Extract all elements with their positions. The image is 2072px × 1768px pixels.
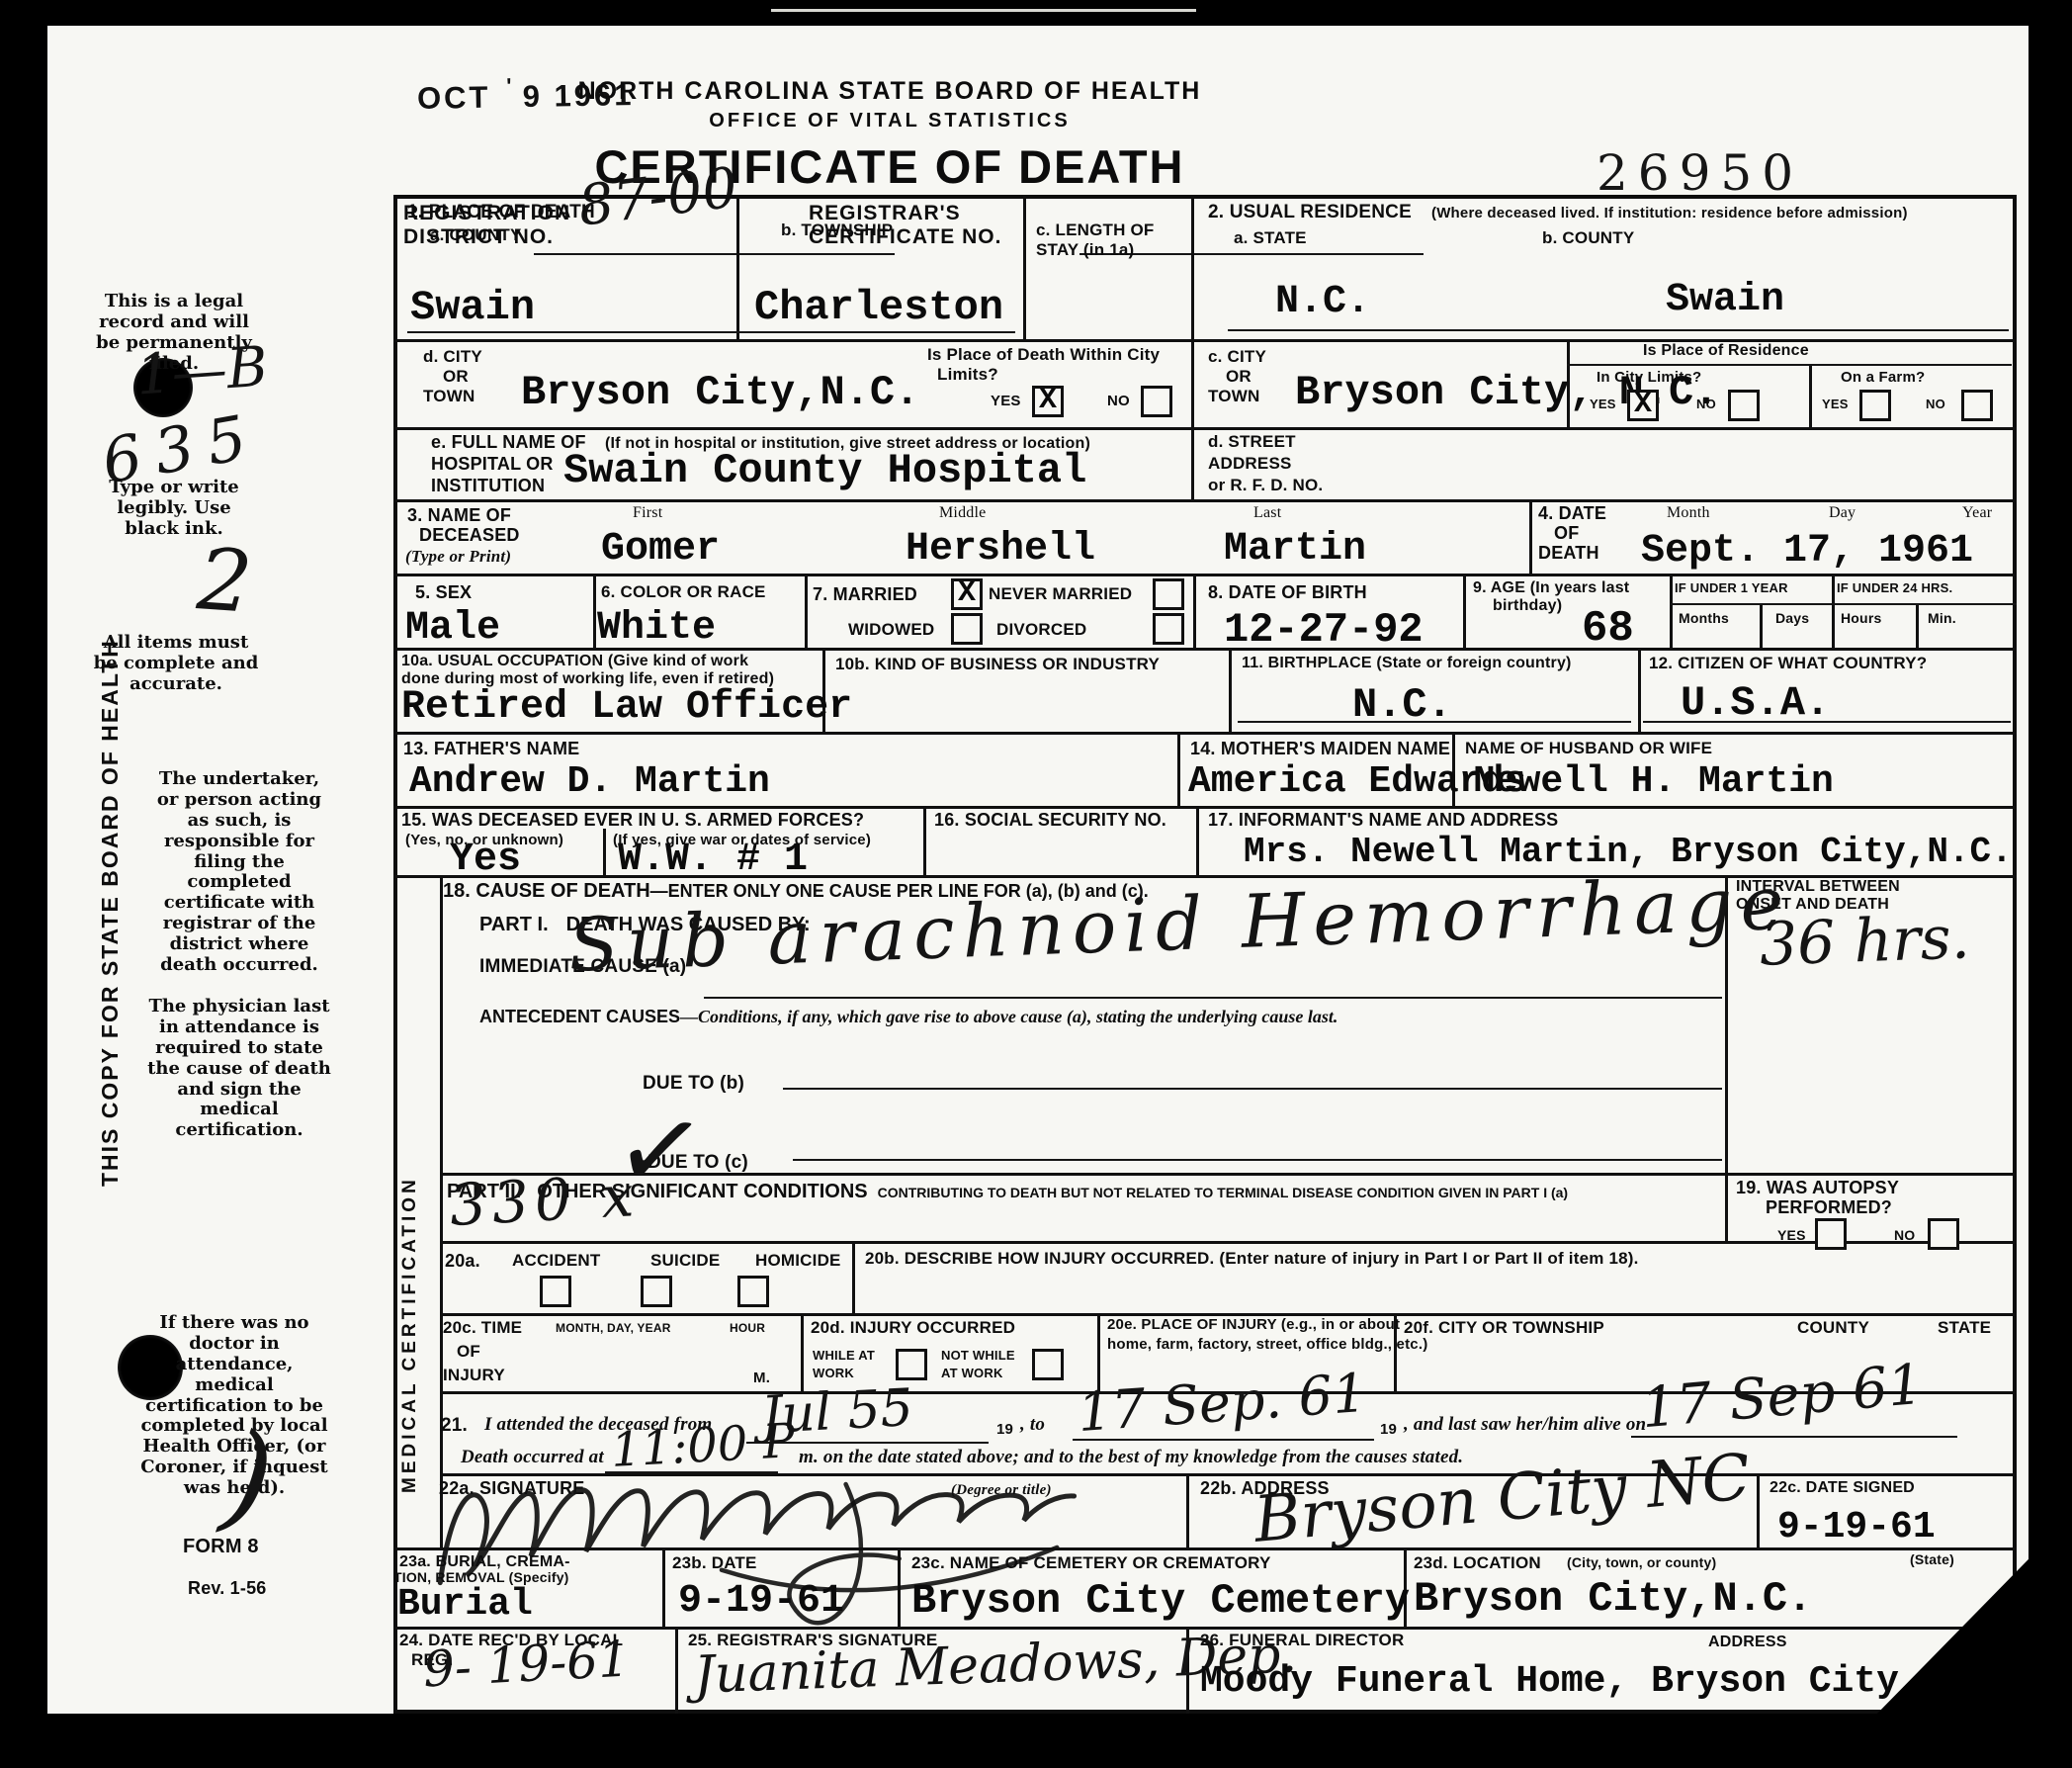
field-19-label: 19. WAS AUTOPSY — [1736, 1179, 1899, 1198]
line — [1191, 195, 1194, 499]
middle-name-header: Middle — [939, 504, 986, 522]
field-1c-label: c. LENGTH OF — [1036, 221, 1155, 240]
field-18-title-main: 18. CAUSE OF DEATH — [443, 880, 650, 902]
field-1-title: 1. PLACE OF DEATH — [407, 203, 595, 223]
spouse-label: NAME OF HUSBAND OR WIFE — [1465, 740, 1712, 758]
date-received-value: 9- 19-61 — [422, 1635, 631, 1695]
farm-question: On a Farm? — [1841, 370, 1925, 387]
death-limits-no-checkbox — [1141, 386, 1172, 417]
field-22c-label: 22c. DATE SIGNED — [1770, 1479, 1915, 1497]
field-1e-value: Swain County Hospital — [563, 450, 1086, 491]
field-20b-label: 20b. DESCRIBE HOW INJURY OCCURRED. (Ente… — [865, 1250, 1639, 1269]
field-20a-label: 20a. — [445, 1252, 480, 1272]
checkbox-x-mark: X — [958, 576, 976, 610]
field-20c-mdy: MONTH, DAY, YEAR — [556, 1322, 671, 1335]
field-1b-label: b. TOWNSHIP — [781, 221, 893, 240]
field-26-label: 26. FUNERAL DIRECTOR — [1200, 1632, 1404, 1650]
medical-certification-vertical-label: MEDICAL CERTIFICATION — [399, 939, 421, 1493]
residence-limits-no-checkbox — [1728, 390, 1760, 421]
field-26-address-label: ADDRESS — [1708, 1634, 1787, 1651]
line — [793, 1159, 1722, 1161]
days-header: Days — [1775, 611, 1809, 626]
not-while-label: NOT WHILE — [941, 1349, 1015, 1363]
field-2-paren: (Where deceased lived. If institution: r… — [1431, 206, 1908, 222]
sex-value: Male — [405, 609, 500, 649]
scanned-death-certificate: { "stamp": {"l1": "OCT", "tick": "'", "l… — [0, 0, 2072, 1768]
line — [407, 331, 1015, 333]
field-7-married-label: 7. MARRIED — [813, 585, 917, 605]
field-9-label2: birthday) — [1493, 597, 1562, 615]
hours-header: Hours — [1841, 611, 1881, 626]
field-23a-label: 23a. BURIAL, CREMA- — [399, 1553, 570, 1571]
not-while-label2: AT WORK — [941, 1367, 1003, 1380]
line — [1670, 603, 2017, 605]
line — [1832, 574, 1835, 648]
cemetery-location-value: Bryson City,N.C. — [1414, 1578, 1812, 1620]
scan-border-top — [0, 0, 2072, 26]
line — [593, 574, 596, 648]
date-signed-value: 9-19-61 — [1777, 1509, 1936, 1547]
line — [805, 574, 808, 648]
father-name-value: Andrew D. Martin — [409, 763, 770, 801]
checkbox-x-mark: X — [1039, 384, 1057, 417]
under-1-year-header: IF UNDER 1 YEAR — [1675, 581, 1788, 595]
residence-limits-no-label: NO — [1696, 398, 1716, 411]
field-2d-label: d. STREET — [1208, 433, 1296, 452]
field-16-label: 16. SOCIAL SECURITY NO. — [934, 811, 1166, 831]
scan-border-left — [0, 0, 47, 1768]
never-married-checkbox — [1153, 578, 1184, 610]
married-checkbox: X — [951, 578, 983, 610]
year-header: Year — [1962, 504, 1992, 522]
line — [736, 195, 739, 339]
field-23d-paren: (City, town, or county) — [1567, 1555, 1716, 1570]
line — [1567, 364, 2012, 366]
middle-name-value: Hershell — [906, 530, 1095, 570]
field-8-label: 8. DATE OF BIRTH — [1208, 583, 1367, 603]
field-1d-label2: OR — [443, 368, 469, 387]
certificate-number: 26950 — [1597, 144, 1803, 202]
field-1c-label2: STAY (in 1a) — [1036, 241, 1134, 260]
day-header: Day — [1829, 504, 1856, 522]
accident-label: ACCIDENT — [512, 1252, 600, 1271]
line — [393, 427, 2017, 430]
field-1e-label2: HOSPITAL OR — [431, 455, 554, 475]
divorced-checkbox — [1153, 613, 1184, 645]
never-married-label: NEVER MARRIED — [989, 585, 1132, 604]
field-6-label: 6. COLOR OR RACE — [601, 583, 766, 602]
line — [393, 574, 2017, 576]
field-5-label: 5. SEX — [415, 583, 472, 603]
field-17-label: 17. INFORMANT'S NAME AND ADDRESS — [1208, 811, 1558, 831]
line — [1638, 648, 1641, 732]
board-title: NORTH CAROLINA STATE BOARD OF HEALTH — [455, 77, 1325, 106]
margin-handwriting-1b: 1—B — [134, 339, 269, 403]
margin-note-type: Type or write legibly. Use black ink. — [94, 478, 254, 540]
field-2b-value: Swain — [1666, 281, 1784, 320]
field-3-label3: (Type or Print) — [405, 548, 511, 567]
autopsy-no-checkbox — [1928, 1218, 1959, 1250]
form-revision: Rev. 1-56 — [188, 1579, 267, 1599]
while-at-work-label2: WORK — [813, 1367, 854, 1380]
line — [1463, 574, 1466, 648]
while-at-work-label: WHILE AT — [813, 1349, 875, 1363]
margin-note-physician: The physician last in attendance is requ… — [146, 997, 332, 1141]
field-1d-label: d. CITY — [423, 348, 482, 367]
line — [1177, 732, 1180, 806]
antecedent-text: —Conditions, if any, which gave rise to … — [680, 1007, 1338, 1026]
office-subtitle: OFFICE OF VITAL STATISTICS — [455, 110, 1325, 133]
field-10a-label: 10a. USUAL OCCUPATION (Give kind of work — [401, 653, 748, 670]
scan-artifact — [771, 9, 1196, 12]
field-2d-label2: ADDRESS — [1208, 455, 1292, 474]
line — [1193, 574, 1196, 648]
date-of-birth-value: 12-27-92 — [1224, 609, 1424, 651]
burial-value: Burial — [397, 1586, 533, 1624]
field-21-number: 21. — [441, 1416, 468, 1437]
autopsy-yes-checkbox — [1815, 1218, 1847, 1250]
line — [1809, 364, 1812, 427]
field-20e-label2: home, farm, factory, street, office bldg… — [1107, 1337, 1427, 1354]
line — [852, 1241, 855, 1313]
min-header: Min. — [1928, 611, 1956, 626]
part-2-checkmark: ✓ — [608, 1090, 714, 1210]
antecedent-label: ANTECEDENT CAUSES — [479, 1007, 680, 1026]
margin-note-undertaker: The undertaker, or person acting as such… — [146, 769, 332, 976]
county-header: COUNTY — [1797, 1319, 1869, 1338]
field-2b-label: b. COUNTY — [1542, 229, 1634, 248]
widowed-label: WIDOWED — [848, 621, 934, 640]
death-limits-no-label: NO — [1107, 394, 1130, 410]
funeral-director-value: Moody Funeral Home, Bryson City, N — [1200, 1663, 1966, 1701]
line — [704, 997, 1722, 999]
state-header: STATE — [1938, 1319, 1991, 1338]
farm-yes-checkbox — [1859, 390, 1891, 421]
field-1d-value: Bryson City,N.C. — [521, 372, 919, 413]
line — [393, 732, 2017, 735]
occupation-value: Retired Law Officer — [401, 688, 852, 728]
field-2c-label2: OR — [1226, 368, 1252, 387]
accident-checkbox — [540, 1276, 571, 1307]
last-name-header: Last — [1253, 504, 1281, 522]
residence-city-limits-question: In City Limits? — [1597, 370, 1701, 387]
field-13-label: 13. FATHER'S NAME — [403, 740, 579, 759]
informant-value: Mrs. Newell Martin, Bryson City,N.C. — [1244, 835, 2013, 870]
line — [783, 1088, 1722, 1090]
field-3-label2: DECEASED — [419, 526, 520, 546]
armed-forces-value: Yes — [450, 840, 521, 880]
spouse-name-value: Newell H. Martin — [1473, 763, 1834, 801]
field-9-label: 9. AGE (In years last — [1473, 579, 1629, 597]
field-4-label2: OF — [1554, 524, 1579, 544]
widowed-checkbox — [951, 613, 983, 645]
line — [1757, 1473, 1760, 1547]
field-4-label3: DEATH — [1538, 544, 1599, 564]
form-number: FORM 8 — [183, 1536, 259, 1557]
race-value: White — [597, 609, 716, 649]
farm-no-label: NO — [1926, 398, 1945, 411]
while-at-work-checkbox — [896, 1349, 927, 1380]
line — [1670, 574, 1673, 648]
line — [1228, 329, 2009, 331]
field-1a-label: a. COUNTY — [430, 226, 521, 245]
war-service-value: W.W. # 1 — [618, 840, 808, 880]
field-20d-label: 20d. INJURY OCCURRED — [811, 1319, 1015, 1338]
line — [1760, 603, 1763, 648]
field-2d-label3: or R. F. D. NO. — [1208, 477, 1323, 495]
burial-date-value: 9-19-61 — [678, 1582, 844, 1622]
field-23d-state-paren: (State) — [1910, 1552, 1954, 1567]
antecedent-heading: ANTECEDENT CAUSES—Conditions, if any, wh… — [479, 1007, 1338, 1027]
line — [1229, 648, 1232, 732]
residence-limits-yes-checkbox: X — [1627, 390, 1659, 421]
field-2c-label3: TOWN — [1208, 388, 1259, 406]
field-14-label: 14. MOTHER'S MAIDEN NAME — [1190, 740, 1450, 759]
part-2-text-small: CONTRIBUTING TO DEATH BUT NOT RELATED TO… — [878, 1185, 1568, 1200]
cemetery-value: Bryson City Cemetery — [911, 1580, 1410, 1622]
field-11-label: 11. BIRTHPLACE (State or foreign country… — [1242, 655, 1572, 672]
first-name-value: Gomer — [601, 530, 720, 570]
line — [440, 875, 443, 1547]
line — [1529, 499, 1532, 574]
field-20c-m: M. — [753, 1370, 770, 1387]
field-21-last-saw-text: , and last saw her/him alive on — [1404, 1415, 1646, 1436]
under-24-hrs-header: IF UNDER 24 HRS. — [1837, 581, 1952, 595]
field-20c-injury: INJURY — [443, 1367, 505, 1385]
field-2c-label: c. CITY — [1208, 348, 1266, 367]
last-name-value: Martin — [1224, 530, 1366, 570]
field-19-label2: PERFORMED? — [1766, 1198, 1892, 1218]
not-while-checkbox — [1032, 1349, 1064, 1380]
field-12-label: 12. CITIZEN OF WHAT COUNTRY? — [1649, 655, 1927, 673]
scan-border-right — [2029, 0, 2072, 1768]
residence-question: Is Place of Residence — [1643, 342, 1809, 360]
field-15-label: 15. WAS DECEASED EVER IN U. S. ARMED FOR… — [401, 811, 864, 831]
field-10b-label: 10b. KIND OF BUSINESS OR INDUSTRY — [835, 656, 1160, 674]
field-2-title: 2. USUAL RESIDENCE — [1208, 203, 1412, 223]
line — [1023, 195, 1026, 339]
farm-yes-label: YES — [1822, 398, 1849, 411]
death-city-limits-question: Is Place of Death Within City — [927, 346, 1160, 365]
margin-handwriting-2: 2 — [195, 537, 255, 626]
field-1e-label3: INSTITUTION — [431, 477, 545, 496]
farm-no-checkbox — [1961, 390, 1993, 421]
part-1-label: PART I. — [479, 914, 549, 935]
citizen-value: U.S.A. — [1681, 682, 1830, 724]
field-23d-label: 23d. LOCATION — [1414, 1554, 1541, 1573]
line — [1916, 603, 1919, 648]
field-1a-value: Swain — [410, 287, 535, 328]
field-2a-label: a. STATE — [1234, 229, 1307, 248]
line — [603, 829, 606, 875]
field-20f-label: 20f. CITY OR TOWNSHIP — [1404, 1319, 1604, 1338]
line — [393, 806, 2017, 809]
printed-19: 19 — [1380, 1422, 1397, 1439]
birthplace-value: N.C. — [1352, 684, 1452, 726]
field-20c-of: OF — [457, 1343, 480, 1362]
field-23c-label: 23c. NAME OF CEMETERY OR CREMATORY — [911, 1554, 1271, 1573]
field-20c-hour: HOUR — [730, 1322, 765, 1335]
field-21-to-text: , to — [1020, 1415, 1045, 1436]
first-name-header: First — [633, 504, 662, 522]
homicide-label: HOMICIDE — [755, 1252, 841, 1271]
field-23b-label: 23b. DATE — [672, 1554, 757, 1573]
checkbox-x-mark: X — [1634, 388, 1652, 421]
field-2a-value: N.C. — [1275, 283, 1370, 322]
date-of-death-value: Sept. 17, 1961 — [1641, 532, 1973, 572]
scan-border-bottom — [0, 1714, 2072, 1768]
autopsy-yes-label: YES — [1777, 1228, 1806, 1243]
homicide-checkbox — [737, 1276, 769, 1307]
line — [675, 1627, 678, 1714]
death-city-limits-question2: Limits? — [937, 366, 998, 385]
months-header: Months — [1679, 611, 1729, 626]
field-4-label: 4. DATE — [1538, 504, 1606, 524]
line — [1196, 806, 1199, 875]
field-1d-label3: TOWN — [423, 388, 475, 406]
autopsy-no-label: NO — [1894, 1228, 1915, 1243]
divorced-label: DIVORCED — [996, 621, 1086, 640]
suicide-checkbox — [641, 1276, 672, 1307]
death-limits-yes-checkbox: X — [1032, 386, 1064, 417]
death-limits-yes-label: YES — [991, 394, 1021, 410]
line — [801, 1313, 804, 1391]
field-20c-label: 20c. TIME — [443, 1319, 522, 1338]
suicide-label: SUICIDE — [650, 1252, 720, 1271]
margin-vertical-copy-label: THIS COPY FOR STATE BOARD OF HEALTH — [97, 653, 124, 1187]
field-3-label: 3. NAME OF — [407, 506, 511, 526]
line — [923, 806, 926, 875]
residence-limits-yes-label: YES — [1590, 398, 1616, 411]
field-1b-value: Charleston — [754, 287, 1003, 328]
age-value: 68 — [1582, 607, 1634, 651]
month-header: Month — [1667, 504, 1710, 522]
field-20e-label: 20e. PLACE OF INJURY (e.g., in or about — [1107, 1317, 1400, 1334]
line — [393, 499, 2017, 502]
